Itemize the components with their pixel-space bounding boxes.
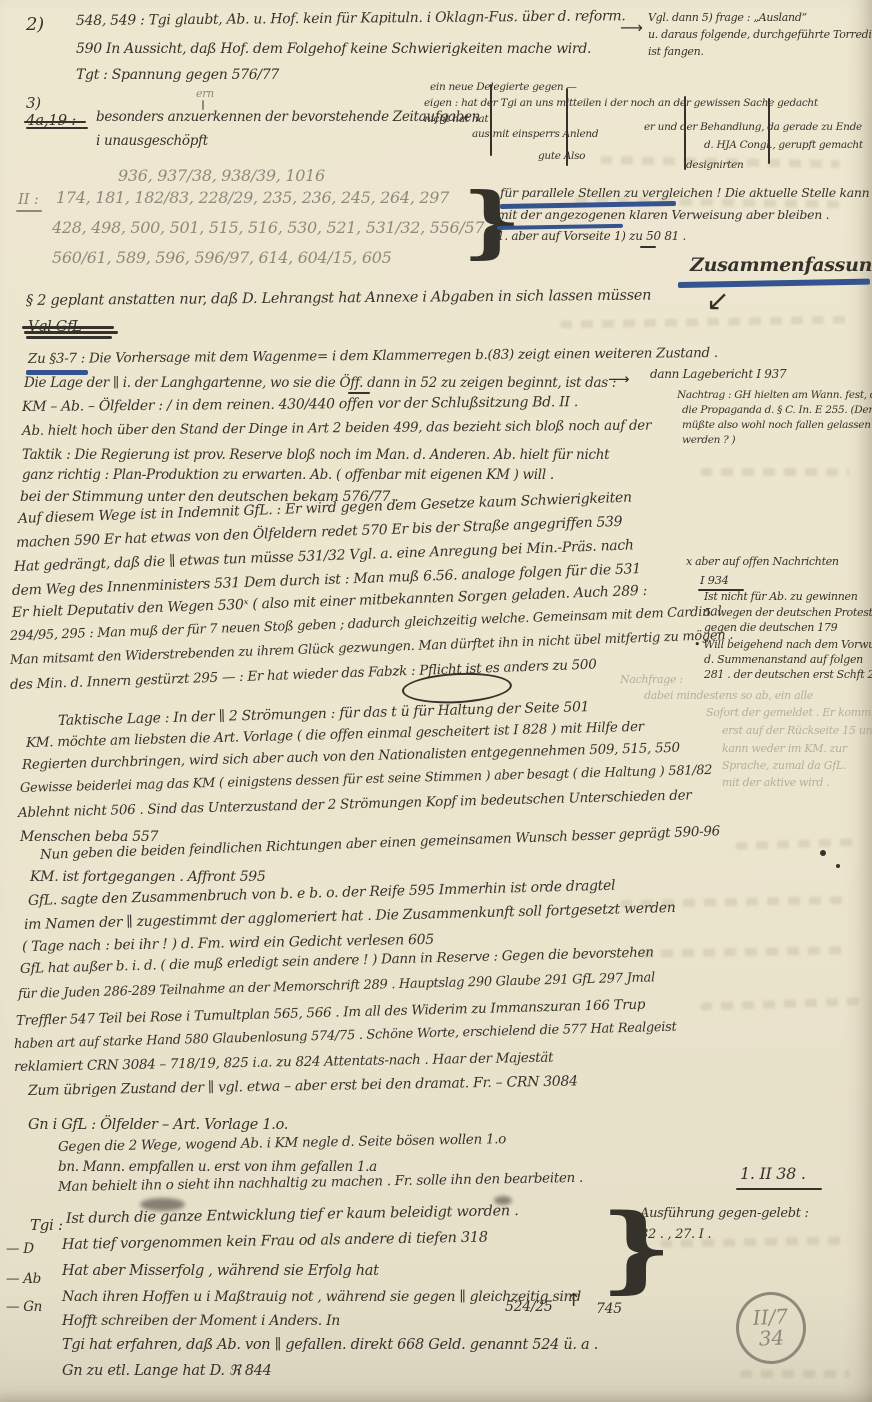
strike-mark	[24, 121, 86, 123]
handwritten-line: — Gn	[6, 1300, 42, 1314]
handwritten-line: dann Lagebericht I 937	[650, 368, 786, 381]
glyph-mark: ↑	[566, 1290, 581, 1311]
handwritten-line: Sprache, zumal da GfL.	[722, 760, 846, 772]
smudge-mark	[494, 1196, 512, 1205]
underline-mark	[26, 370, 88, 375]
handwritten-line: d. Summenanstand auf folgen	[704, 654, 863, 666]
handwritten-line: 590 In Aussicht, daß Hof. dem Folgehof k…	[76, 42, 591, 57]
handwritten-line: § 2 geplant anstatten nur, daß D. Lehran…	[26, 289, 651, 310]
handwritten-line: bn. Mann. empfallen u. erst von ihm gefa…	[58, 1160, 377, 1174]
handwritten-line: gegen die deutschen 179	[704, 622, 837, 634]
handwritten-line: für parallele Stellen zu vergleichen ! D…	[500, 186, 869, 199]
handwritten-line: dabei mindestens so ab, ein alle	[644, 690, 813, 702]
underline-mark	[736, 1188, 822, 1190]
handwritten-line: erst auf der Rückseite 15 und	[722, 725, 872, 737]
handwritten-line: Die Lage der ∥ i. der Langhgartenne, wo …	[24, 376, 616, 390]
archive-stamp-page: 34	[758, 1327, 785, 1349]
handwritten-line: 936, 937/38, 938/39, 1016	[118, 168, 325, 185]
handwritten-line: Hat aber Misserfolg , während sie Erfolg…	[62, 1264, 379, 1279]
handwritten-line: ern	[196, 88, 214, 100]
handwritten-line: Zusammenfassung	[690, 256, 872, 276]
handwritten-line: d. HJA Congl., gerupft gemacht	[704, 140, 863, 151]
glyph-mark: ⟶	[620, 18, 643, 37]
handwritten-line: werden ? )	[682, 435, 735, 446]
handwritten-line: Nachfrage :	[620, 674, 683, 686]
glyph-mark: ⟶	[608, 370, 630, 388]
handwritten-line: Tgi hat erfahren, daß Ab. von ∥ gefallen…	[62, 1338, 598, 1353]
strike-mark	[26, 336, 112, 339]
handwritten-line: i unausgeschöpft	[96, 134, 208, 148]
handwritten-line: Ab. hielt hoch über den Stand der Dinge …	[22, 419, 651, 439]
handwritten-line: Gn i GfL : Ölfelder – Art. Vorlage 1.o.	[28, 1118, 288, 1133]
glyph-mark: ↙	[706, 284, 729, 317]
strike-mark	[22, 326, 114, 329]
handwritten-line: designirten	[686, 160, 743, 171]
underline-mark	[348, 392, 370, 394]
handwritten-line: Tgt : Spannung gegen 576/77	[76, 68, 279, 83]
bleed-through-ghost	[735, 838, 855, 850]
handwritten-line: — Ab	[6, 1272, 41, 1286]
vline-mark	[490, 84, 492, 156]
handwritten-line: er und der Behandlung, da gerade zu Ende	[644, 122, 862, 133]
handwritten-line: Hofft schreiben der Moment i Anders. In	[62, 1314, 340, 1329]
handwritten-line: Nachtrag : GH hielten am Wann. fest, die	[677, 390, 872, 401]
handwritten-line: Zum übrigen Zustand der ∥ vgl. etwa – ab…	[28, 1074, 578, 1098]
handwritten-line: 745	[596, 1302, 622, 1317]
handwritten-line: eigen : hat der Tgi an uns mitteilen i d…	[424, 98, 818, 109]
handwritten-line: Taktik : Die Regierung ist prov. Reserve…	[22, 448, 609, 462]
brace-mark: }	[462, 180, 522, 264]
smudge-mark	[140, 1198, 185, 1211]
bleed-through-ghost	[700, 468, 850, 476]
strike-mark	[26, 127, 88, 129]
vline-mark	[684, 96, 686, 170]
handwritten-line: 548, 549 : Tgi glaubt, Ab. u. Hof. kein …	[76, 9, 626, 28]
handwritten-line: die Propaganda d. § C. In. E 255. (Der	[682, 405, 872, 416]
handwritten-line: müßte also wohl noch fallen gelassen	[682, 420, 871, 431]
dot-mark	[820, 850, 826, 856]
handwritten-line: ganz richtig : Plan-Produktion zu erwart…	[22, 468, 554, 482]
handwritten-line: Hat tief vorgenommen kein Frau od als an…	[62, 1231, 488, 1254]
handwritten-line: mit der angezogenen klaren Verweisung ab…	[497, 208, 829, 221]
handwritten-line: 3)	[26, 96, 41, 112]
handwritten-line: 174, 181, 182/83, 228/29, 235, 236, 245,…	[56, 190, 449, 207]
handwritten-line: Ist durch die ganze Entwicklung tief er …	[66, 1204, 519, 1227]
bleed-through-ghost	[740, 1370, 850, 1378]
handwritten-line: Zu §3-7 : Die Vorhersage mit dem Wagenme…	[28, 346, 718, 366]
handwritten-line: Ist nicht für Ab. zu gewinnen	[704, 591, 858, 603]
bleed-through-ghost	[560, 315, 850, 328]
handwritten-line: 5. wegen der deutschen Proteste	[704, 607, 872, 619]
handwritten-line: 428, 498, 500, 501, 515, 516, 530, 521, …	[52, 220, 484, 237]
handwritten-line: KM – Ab. – Ölfelder : / in dem reinen. 4…	[22, 395, 578, 415]
brace-mark: }	[600, 1198, 672, 1300]
dot-mark	[836, 864, 840, 868]
strike-mark	[24, 331, 118, 334]
handwritten-line: II :	[18, 192, 38, 208]
handwritten-line: Menschen beba 557	[20, 830, 158, 845]
vline-mark	[566, 88, 568, 166]
handwritten-line: 1. II 38 .	[740, 1166, 806, 1183]
vline-mark	[202, 100, 204, 110]
bleed-through-ghost	[700, 997, 860, 1011]
manuscript-page: II/7 34 2)548, 549 : Tgi glaubt, Ab. u. …	[0, 0, 872, 1402]
handwritten-line: mit der aktive wird .	[722, 777, 829, 789]
handwritten-line: Vgl. dann 5) frage : „Ausland“	[648, 12, 807, 24]
handwritten-line: I 934	[700, 574, 729, 586]
handwritten-line: für die Juden 286-289 Teilnahme an der M…	[18, 971, 655, 1001]
underline-mark	[640, 246, 656, 248]
handwritten-line: KM. ist fortgegangen . Affront 595	[30, 870, 266, 885]
handwritten-line: ein neue Delegierte gegen —	[430, 82, 577, 93]
handwritten-line: 524/25	[505, 1300, 552, 1315]
handwritten-line: 281 . der deutschen erst Schft 282	[704, 669, 872, 681]
handwritten-line: • Will beigehend nach dem Vorwurf	[694, 639, 872, 651]
vline-mark	[768, 98, 770, 164]
handwritten-line: gute Also	[538, 151, 585, 162]
handwritten-line: Gn zu etl. Lange hat D. ℜ 844	[62, 1364, 272, 1379]
handwritten-line: 2)	[26, 16, 44, 35]
handwritten-line: Tgi :	[30, 1218, 63, 1234]
underline-mark	[698, 589, 744, 591]
handwritten-line: besonders anzuerkennen der bevorstehende…	[96, 110, 480, 124]
handwritten-line: Nach ihren Hoffen u i Maßtrauig not , wä…	[62, 1290, 581, 1305]
handwritten-line: Sofort der gemeldet . Er kommt	[706, 707, 872, 719]
handwritten-line: ist fangen.	[648, 46, 704, 58]
handwritten-line: 560/61, 589, 596, 596/97, 614, 604/15, 6…	[52, 250, 391, 267]
handwritten-line: Gegen die 2 Wege, wogend Ab. i KM negle …	[58, 1132, 506, 1154]
bleed-through-ghost	[640, 946, 850, 958]
handwritten-line: — D	[6, 1242, 34, 1256]
archive-stamp: II/7 34	[734, 1290, 808, 1366]
handwritten-line: 1. aber auf Vorseite 1) zu 50 81 .	[497, 230, 686, 243]
handwritten-line: kann weder im KM. zur	[722, 743, 847, 755]
handwritten-line: reklamiert CRN 3084 – 718/19, 825 i.a. z…	[14, 1051, 553, 1075]
underline-mark	[678, 279, 870, 288]
handwritten-line: u. daraus folgende, durchgeführte Torred…	[648, 29, 872, 41]
handwritten-line: x aber auf offen Nachrichten	[686, 556, 839, 568]
underline-mark	[16, 210, 42, 212]
